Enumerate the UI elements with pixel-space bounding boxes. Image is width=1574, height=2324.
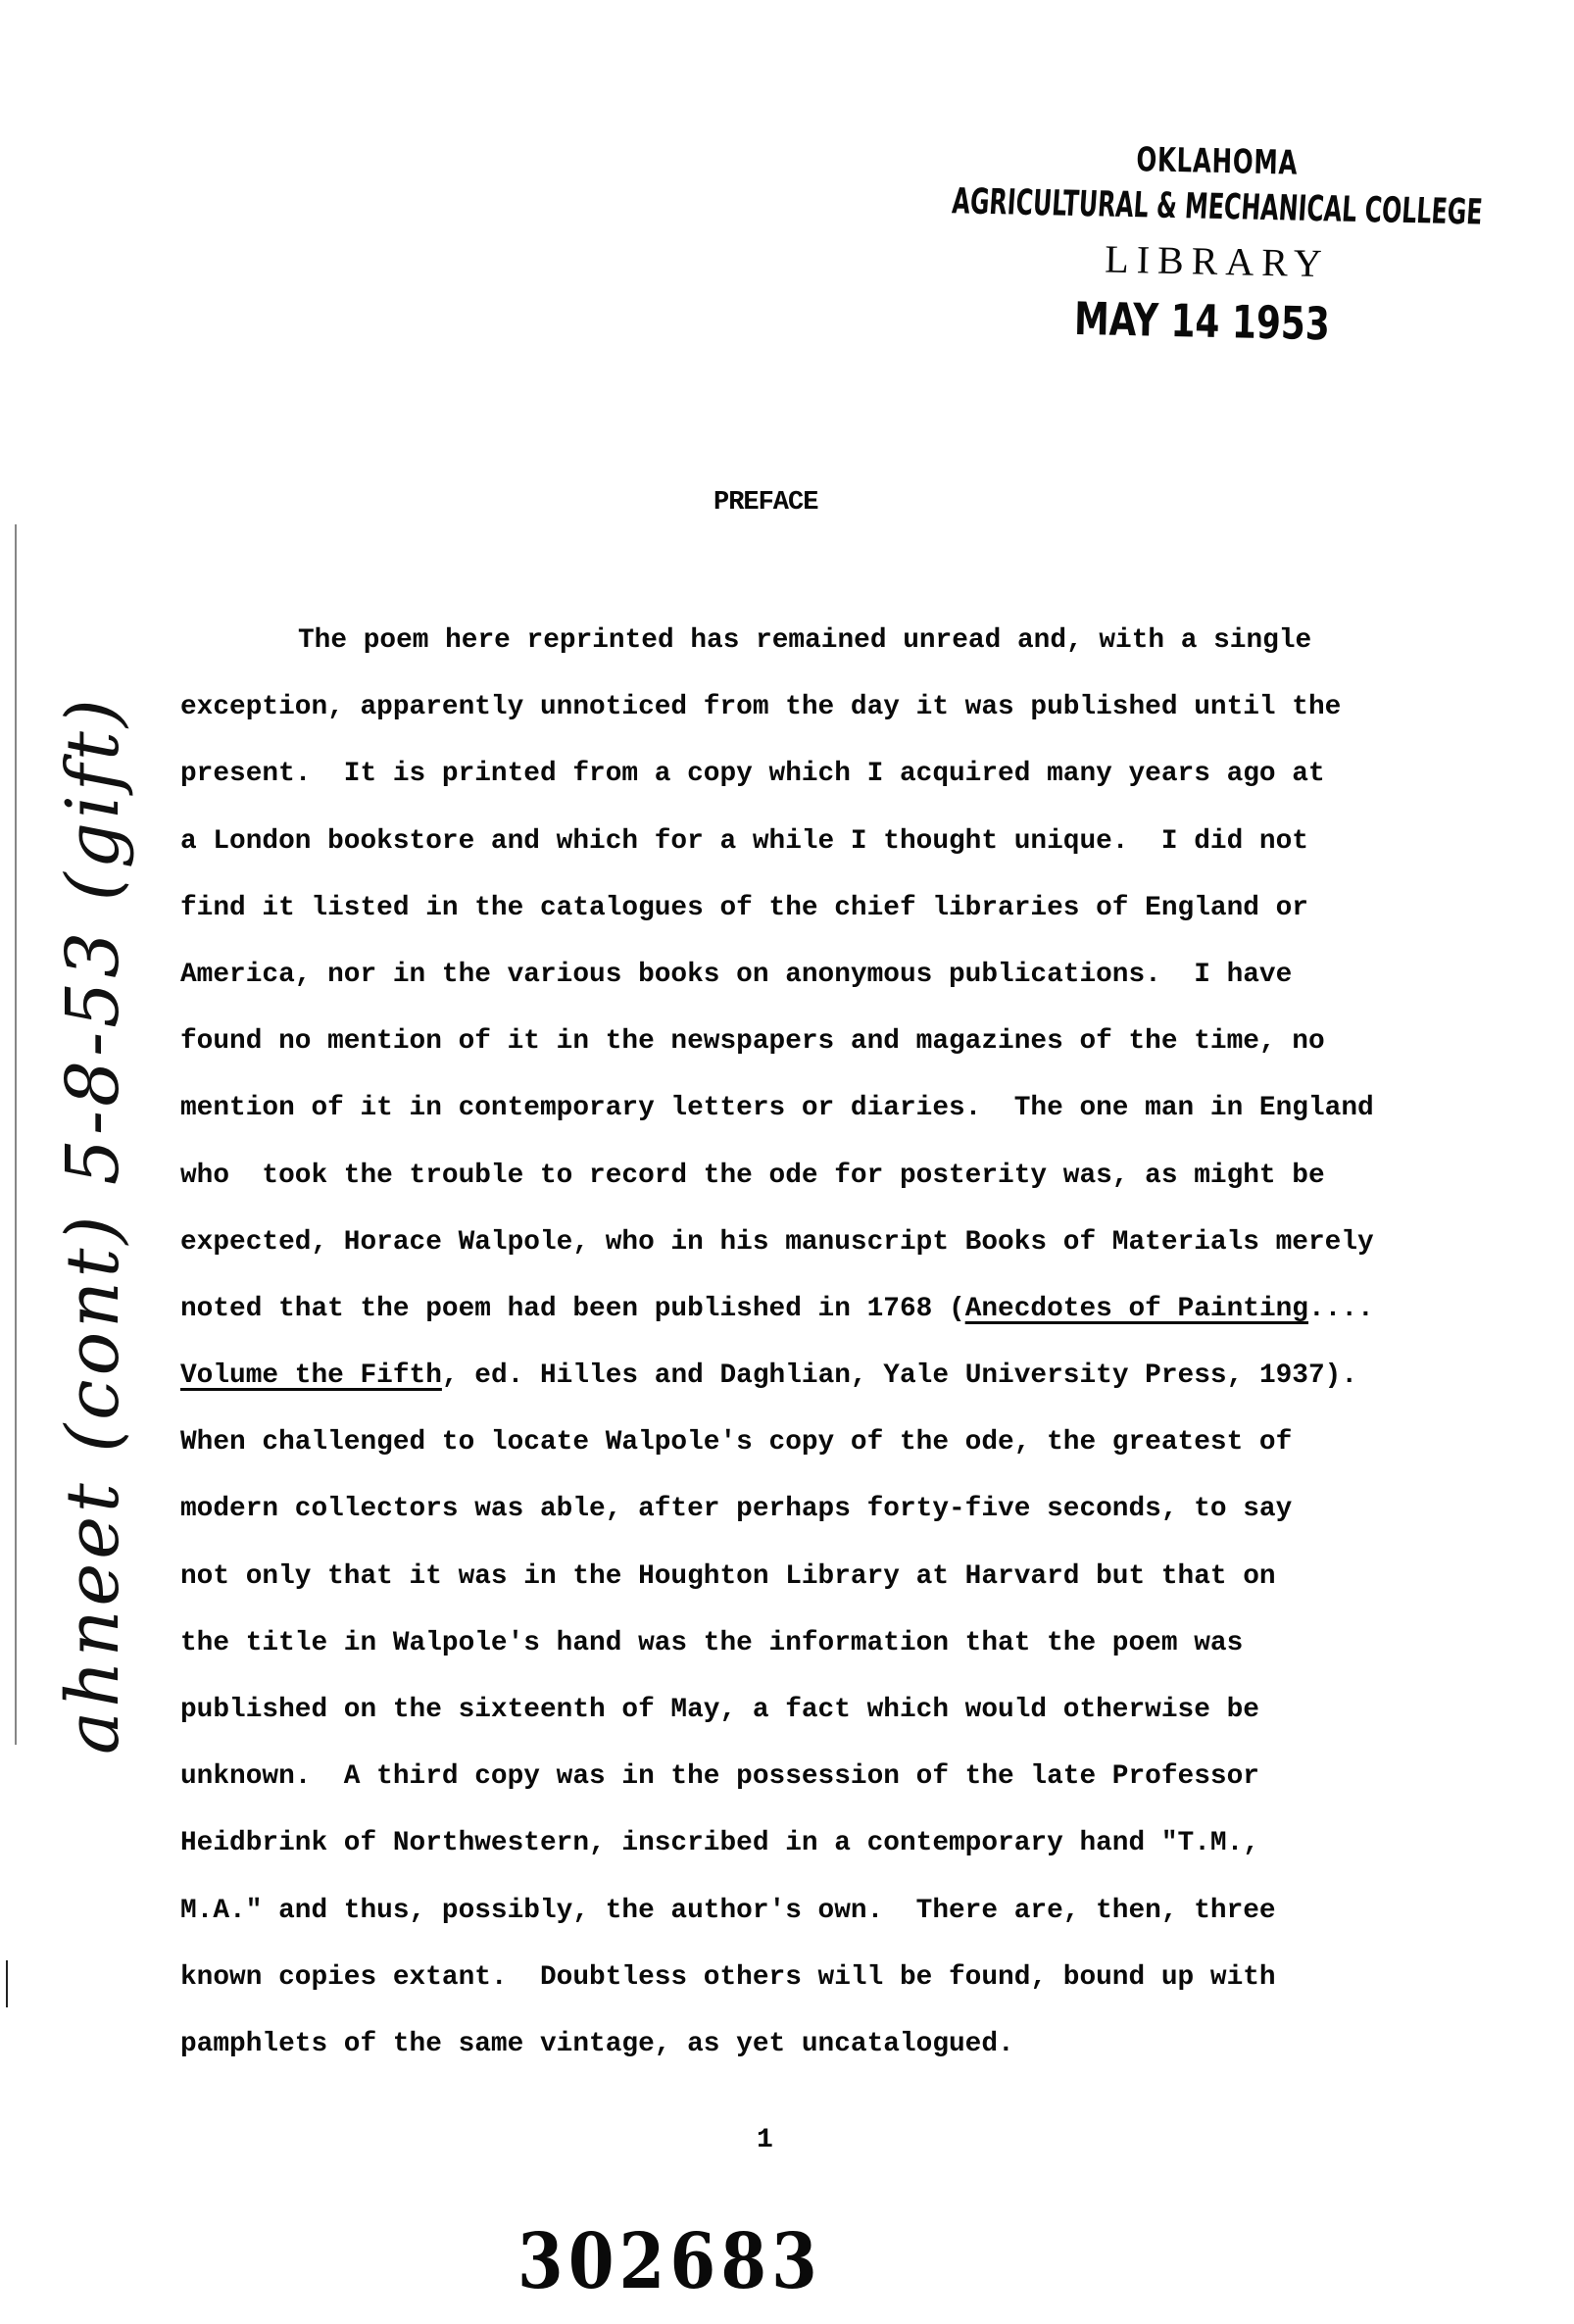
text-line: not only that it was in the Houghton Lib… (180, 1558, 1454, 1624)
document-page: OKLAHOMA AGRICULTURAL & MECHANICAL COLLE… (0, 0, 1574, 2324)
text-line: mention of it in contemporary letters or… (180, 1089, 1454, 1156)
text-line: expected, Horace Walpole, who in his man… (180, 1223, 1454, 1290)
stamp-line-oklahoma: OKLAHOMA (1136, 140, 1298, 182)
underlined-title: Anecdotes of Painting (965, 1294, 1308, 1324)
text-line: M.A." and thus, possibly, the author's o… (180, 1892, 1454, 1958)
text-segment: .... (1308, 1294, 1374, 1324)
text-line: present. It is printed from a copy which… (180, 755, 1454, 821)
text-line: Volume the Fifth, ed. Hilles and Daghlia… (180, 1357, 1454, 1423)
handwritten-note-text: ahneet (cont) 5-8-53 (gift) (51, 695, 135, 1755)
text-line: The poem here reprinted has remained unr… (180, 621, 1454, 688)
page-number: 1 (757, 2125, 773, 2155)
text-line: found no mention of it in the newspapers… (180, 1022, 1454, 1089)
handwritten-margin-note: ahneet (cont) 5-8-53 (gift) (51, 529, 139, 1755)
margin-rule (15, 524, 17, 1745)
stamp-line-library: LIBRARY (1105, 236, 1330, 287)
text-line: noted that the poem had been published i… (180, 1290, 1454, 1357)
text-segment: , ed. Hilles and Daghlian, Yale Universi… (442, 1360, 1357, 1391)
text-line: find it listed in the catalogues of the … (180, 889, 1454, 956)
underlined-title: Volume the Fifth (180, 1360, 442, 1391)
text-line: known copies extant. Doubtless others wi… (180, 1958, 1454, 2025)
preface-paragraph: The poem here reprinted has remained unr… (180, 621, 1454, 2092)
text-segment: noted that the poem had been published i… (180, 1294, 965, 1324)
page-title: PREFACE (713, 488, 817, 518)
library-stamp: OKLAHOMA AGRICULTURAL & MECHANICAL COLLE… (936, 132, 1519, 370)
text-line: modern collectors was able, after perhap… (180, 1490, 1454, 1557)
stamp-line-college: AGRICULTURAL & MECHANICAL COLLEGE (951, 181, 1484, 232)
stamp-date: MAY 14 1953 (1073, 292, 1330, 350)
text-line: America, nor in the various books on ano… (180, 956, 1454, 1022)
text-line: When challenged to locate Walpole's copy… (180, 1423, 1454, 1490)
text-line: the title in Walpole's hand was the info… (180, 1624, 1454, 1691)
text-line: a London bookstore and which for a while… (180, 822, 1454, 889)
text-line: exception, apparently unnoticed from the… (180, 688, 1454, 755)
accession-number: 302683 (517, 2217, 822, 2306)
margin-rule-short (6, 1960, 8, 2007)
text-line: published on the sixteenth of May, a fac… (180, 1691, 1454, 1757)
text-line: unknown. A third copy was in the possess… (180, 1757, 1454, 1824)
text-line: pamphlets of the same vintage, as yet un… (180, 2025, 1454, 2092)
text-line: Heidbrink of Northwestern, inscribed in … (180, 1824, 1454, 1891)
text-line: who took the trouble to record the ode f… (180, 1157, 1454, 1223)
